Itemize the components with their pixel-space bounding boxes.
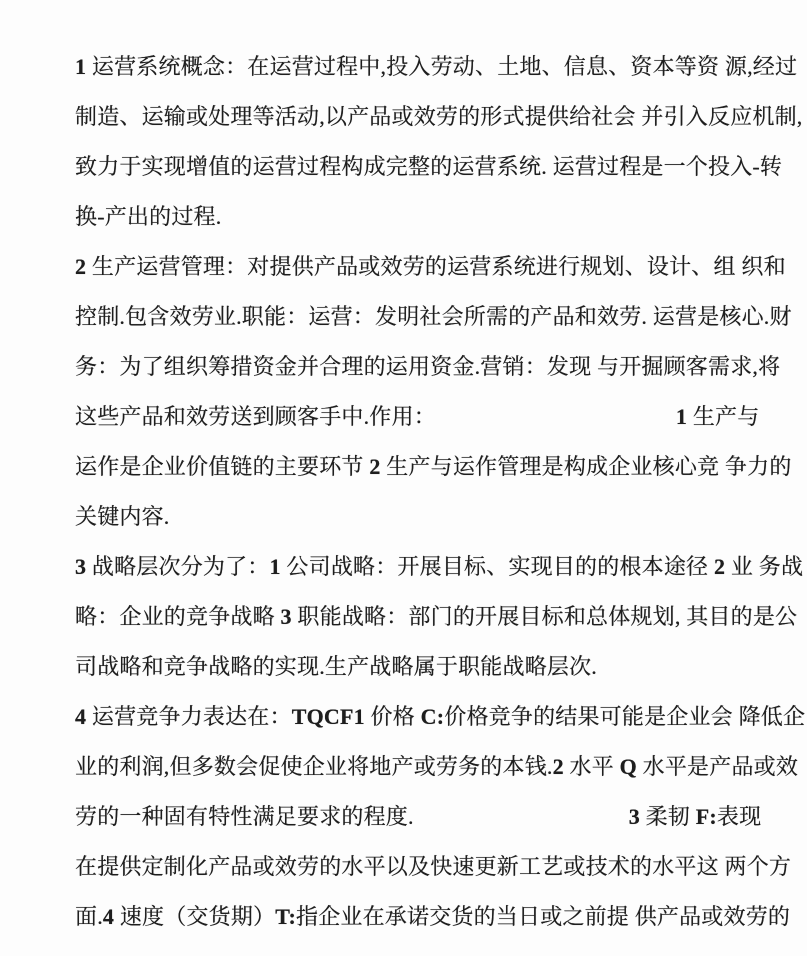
text-segment: 速度（交货期） bbox=[120, 904, 275, 929]
text-segment: 面. bbox=[75, 904, 103, 929]
text-segment: 价格 bbox=[371, 704, 421, 729]
text-segment: 1 bbox=[676, 404, 693, 429]
text-line: 4 运营竞争力表达在：TQCF1 价格 C:价格竞争的结果可能是企业会 降低企 bbox=[75, 692, 797, 742]
text-segment: 业的利润,但多数会促使企业将地产或劳务的本钱. bbox=[75, 754, 553, 779]
text-segment: 4 bbox=[75, 704, 92, 729]
text-line: 业的利润,但多数会促使企业将地产或劳务的本钱.2 水平 Q 水平是产品或效 bbox=[75, 742, 797, 792]
text-line: 劳的一种固有特性满足要求的程度.3 柔韧 F:表现 bbox=[75, 792, 797, 842]
text-segment: 1 bbox=[270, 554, 287, 579]
text-content: 1 运营系统概念：在运营过程中,投入劳动、土地、信息、资本等资 源,经过制造、运… bbox=[75, 42, 797, 942]
gap-spacer bbox=[436, 423, 676, 424]
text-segment: 业 务战 bbox=[731, 554, 803, 579]
text-line: 1 运营系统概念：在运营过程中,投入劳动、土地、信息、资本等资 源,经过 bbox=[75, 42, 797, 92]
text-segment: 换-产出的过程. bbox=[75, 204, 221, 229]
text-segment: C: bbox=[421, 704, 445, 729]
text-line: 3 战略层次分为了：1 公司战略：开展目标、实现目的的根本途径 2 业 务战 bbox=[75, 542, 797, 592]
text-segment: 生产与运作管理是构成企业核心竞 争力的 bbox=[386, 454, 791, 479]
text-segment: TQCF1 bbox=[292, 704, 371, 729]
text-segment: Q bbox=[620, 754, 643, 779]
text-segment: 2 bbox=[714, 554, 731, 579]
text-segment: 价格竞争的结果可能是企业会 降低企 bbox=[444, 704, 805, 729]
text-segment: T: bbox=[275, 904, 296, 929]
text-segment: 2 bbox=[553, 754, 570, 779]
text-segment: 战略层次分为了： bbox=[92, 554, 270, 579]
text-segment: 水平 bbox=[570, 754, 620, 779]
gap-spacer bbox=[414, 823, 629, 824]
text-segment: 2 bbox=[369, 454, 386, 479]
text-line: 在提供定制化产品或效劳的水平以及快速更新工艺或技术的水平这 两个方 bbox=[75, 842, 797, 892]
text-segment: 生产运营管理：对提供产品或效劳的运营系统进行规划、设计、组 织和 bbox=[92, 254, 786, 279]
text-line: 制造、运输或处理等活动,以产品或效劳的形式提供给社会 并引入反应机制, bbox=[75, 92, 797, 142]
text-line: 2 生产运营管理：对提供产品或效劳的运营系统进行规划、设计、组 织和 bbox=[75, 242, 797, 292]
text-segment: 1 bbox=[75, 54, 92, 79]
text-segment: 柔韧 bbox=[646, 804, 696, 829]
text-line: 控制.包含效劳业.职能：运营：发明社会所需的产品和效劳. 运营是核心.财 bbox=[75, 292, 797, 342]
text-line: 司战略和竞争战略的实现.生产战略属于职能战略层次. bbox=[75, 642, 797, 692]
text-segment: 表现 bbox=[717, 804, 761, 829]
text-segment: 致力于实现增值的运营过程构成完整的运营系统. 运营过程是一个投入-转 bbox=[75, 154, 782, 179]
text-segment: 生产与 bbox=[693, 404, 760, 429]
text-segment: 略：企业的竞争战略 bbox=[75, 604, 281, 629]
text-segment: 在提供定制化产品或效劳的水平以及快速更新工艺或技术的水平这 两个方 bbox=[75, 854, 791, 879]
text-segment: 这些产品和效劳送到顾客手中.作用： bbox=[75, 404, 436, 429]
text-line: 务：为了组织筹措资金并合理的运用资金.营销：发现 与开掘顾客需求,将 bbox=[75, 342, 797, 392]
text-line: 运作是企业价值链的主要环节 2 生产与运作管理是构成企业核心竞 争力的 bbox=[75, 442, 797, 492]
text-segment: 劳的一种固有特性满足要求的程度. bbox=[75, 804, 414, 829]
text-line: 关键内容. bbox=[75, 492, 797, 542]
text-segment: 职能战略：部门的开展目标和总体规划, 其目的是公 bbox=[297, 604, 797, 629]
text-segment: 运营竞争力表达在： bbox=[92, 704, 292, 729]
text-segment: 公司战略：开展目标、实现目的的根本途径 bbox=[286, 554, 714, 579]
text-segment: 水平是产品或效 bbox=[643, 754, 798, 779]
text-segment: 3 bbox=[629, 804, 646, 829]
text-line: 换-产出的过程. bbox=[75, 192, 797, 242]
text-segment: 控制.包含效劳业.职能：运营：发明社会所需的产品和效劳. 运营是核心.财 bbox=[75, 304, 792, 329]
text-segment: 运营系统概念：在运营过程中,投入劳动、土地、信息、资本等资 源,经过 bbox=[92, 54, 797, 79]
text-segment: 关键内容. bbox=[75, 504, 170, 529]
text-line: 略：企业的竞争战略 3 职能战略：部门的开展目标和总体规划, 其目的是公 bbox=[75, 592, 797, 642]
text-segment: 3 bbox=[75, 554, 92, 579]
text-segment: 指企业在承诺交货的当日或之前提 供产品或效劳的 bbox=[296, 904, 790, 929]
text-segment: F: bbox=[696, 804, 717, 829]
text-segment: 司战略和竞争战略的实现.生产战略属于职能战略层次. bbox=[75, 654, 597, 679]
text-segment: 运作是企业价值链的主要环节 bbox=[75, 454, 369, 479]
text-segment: 务：为了组织筹措资金并合理的运用资金.营销：发现 与开掘顾客需求,将 bbox=[75, 354, 780, 379]
text-segment: 制造、运输或处理等活动,以产品或效劳的形式提供给社会 并引入反应机制, bbox=[75, 104, 803, 129]
text-line: 致力于实现增值的运营过程构成完整的运营系统. 运营过程是一个投入-转 bbox=[75, 142, 797, 192]
text-segment: 4 bbox=[103, 904, 120, 929]
text-segment: 2 bbox=[75, 254, 92, 279]
text-segment: 3 bbox=[281, 604, 298, 629]
text-line: 面.4 速度（交货期）T:指企业在承诺交货的当日或之前提 供产品或效劳的 bbox=[75, 892, 797, 942]
text-line: 这些产品和效劳送到顾客手中.作用：1 生产与 bbox=[75, 392, 797, 442]
document-page: 1 运营系统概念：在运营过程中,投入劳动、土地、信息、资本等资 源,经过制造、运… bbox=[0, 0, 807, 956]
